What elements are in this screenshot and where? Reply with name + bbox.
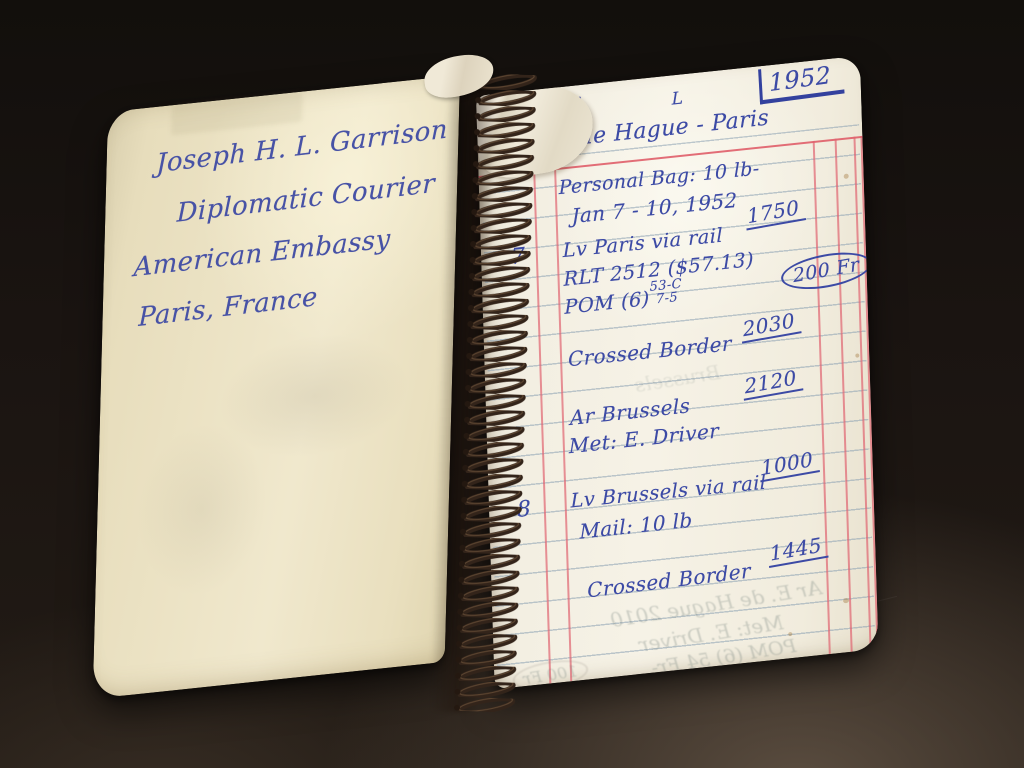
left-page: Joseph H. L. Garrison Diplomatic Courier…	[93, 75, 460, 699]
entry-code-fraction: 53-C 7-5	[649, 277, 682, 306]
owner-employer-line: American Embassy	[133, 224, 390, 283]
letter-mark: L	[671, 88, 683, 109]
owner-title-line: Diplomatic Courier	[177, 169, 436, 229]
fraction-bottom: 7-5	[650, 291, 683, 307]
paper-smudge	[135, 417, 269, 602]
photo-of-notebook: { "photo": { "left_page": { "lines": [ "…	[0, 0, 1024, 768]
year-corner-mark: 1952	[758, 58, 844, 104]
faint-embossed-stamp	[171, 92, 303, 136]
owner-city-line: Paris, France	[138, 282, 318, 333]
